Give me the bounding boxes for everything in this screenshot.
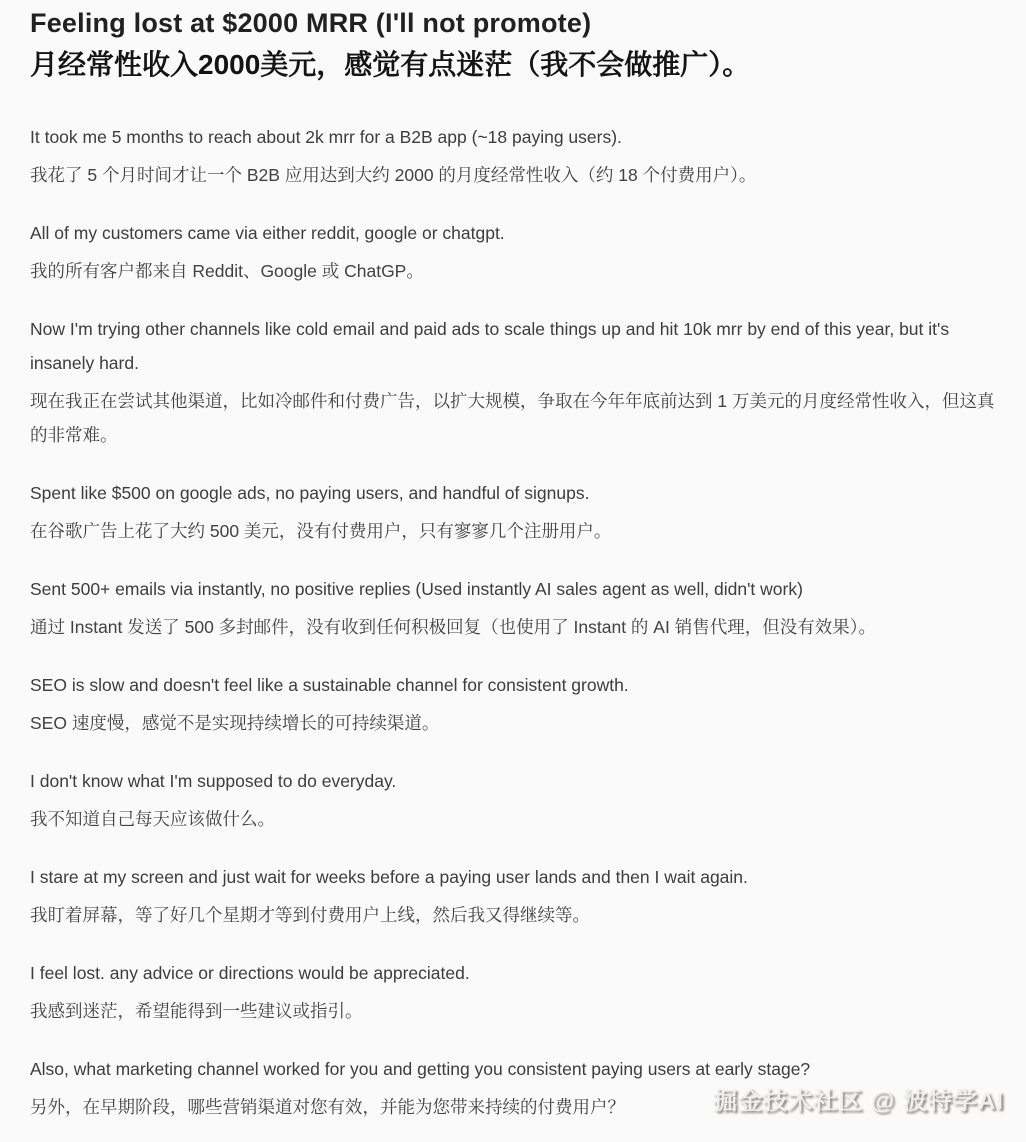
page: { "colors": { "background": "#fafafa", "…	[0, 0, 1026, 1142]
paragraph-en: All of my customers came via either redd…	[30, 216, 998, 250]
paragraph-zh: 我不知道自己每天应该做什么。	[30, 802, 998, 836]
paragraph: I stare at my screen and just wait for w…	[30, 860, 998, 932]
paragraph: SEO is slow and doesn't feel like a sust…	[30, 668, 998, 740]
paragraph-en: Sent 500+ emails via instantly, no posit…	[30, 572, 998, 606]
paragraph-en: Also, what marketing channel worked for …	[30, 1052, 998, 1086]
paragraph: Spent like $500 on google ads, no paying…	[30, 476, 998, 548]
paragraph-zh: 在谷歌广告上花了大约 500 美元，没有付费用户，只有寥寥几个注册用户。	[30, 514, 998, 548]
paragraph: All of my customers came via either redd…	[30, 216, 998, 288]
paragraph-zh: 我盯着屏幕，等了好几个星期才等到付费用户上线，然后我又得继续等。	[30, 898, 998, 932]
paragraph-en: SEO is slow and doesn't feel like a sust…	[30, 668, 998, 702]
paragraph-en: Now I'm trying other channels like cold …	[30, 312, 998, 380]
paragraph-zh: 我感到迷茫，希望能得到一些建议或指引。	[30, 994, 998, 1028]
paragraph-en: Spent like $500 on google ads, no paying…	[30, 476, 998, 510]
post-body: It took me 5 months to reach about 2k mr…	[30, 120, 998, 1124]
paragraph-zh: 另外，在早期阶段，哪些营销渠道对您有效，并能为您带来持续的付费用户？	[30, 1090, 998, 1124]
paragraph-en: I don't know what I'm supposed to do eve…	[30, 764, 998, 798]
paragraph-en: It took me 5 months to reach about 2k mr…	[30, 120, 998, 154]
paragraph-zh: SEO 速度慢，感觉不是实现持续增长的可持续渠道。	[30, 706, 998, 740]
paragraph: I don't know what I'm supposed to do eve…	[30, 764, 998, 836]
paragraph-en: I feel lost. any advice or directions wo…	[30, 956, 998, 990]
paragraph: I feel lost. any advice or directions wo…	[30, 956, 998, 1028]
article: Feeling lost at $2000 MRR (I'll not prom…	[0, 0, 1026, 1142]
paragraph: It took me 5 months to reach about 2k mr…	[30, 120, 998, 192]
paragraph-zh: 我花了 5 个月时间才让一个 B2B 应用达到大约 2000 的月度经常性收入（…	[30, 158, 998, 192]
paragraph-zh: 我的所有客户都来自 Reddit、Google 或 ChatGP。	[30, 254, 998, 288]
paragraph: Also, what marketing channel worked for …	[30, 1052, 998, 1124]
paragraph-zh: 通过 Instant 发送了 500 多封邮件，没有收到任何积极回复（也使用了 …	[30, 610, 998, 644]
paragraph-zh: 现在我正在尝试其他渠道，比如冷邮件和付费广告，以扩大规模，争取在今年年底前达到 …	[30, 384, 998, 452]
post-title-zh: 月经常性收入2000美元，感觉有点迷茫（我不会做推广）。	[30, 46, 998, 84]
paragraph: Sent 500+ emails via instantly, no posit…	[30, 572, 998, 644]
paragraph-en: I stare at my screen and just wait for w…	[30, 860, 998, 894]
paragraph: Now I'm trying other channels like cold …	[30, 312, 998, 452]
post-title-en: Feeling lost at $2000 MRR (I'll not prom…	[30, 0, 998, 40]
